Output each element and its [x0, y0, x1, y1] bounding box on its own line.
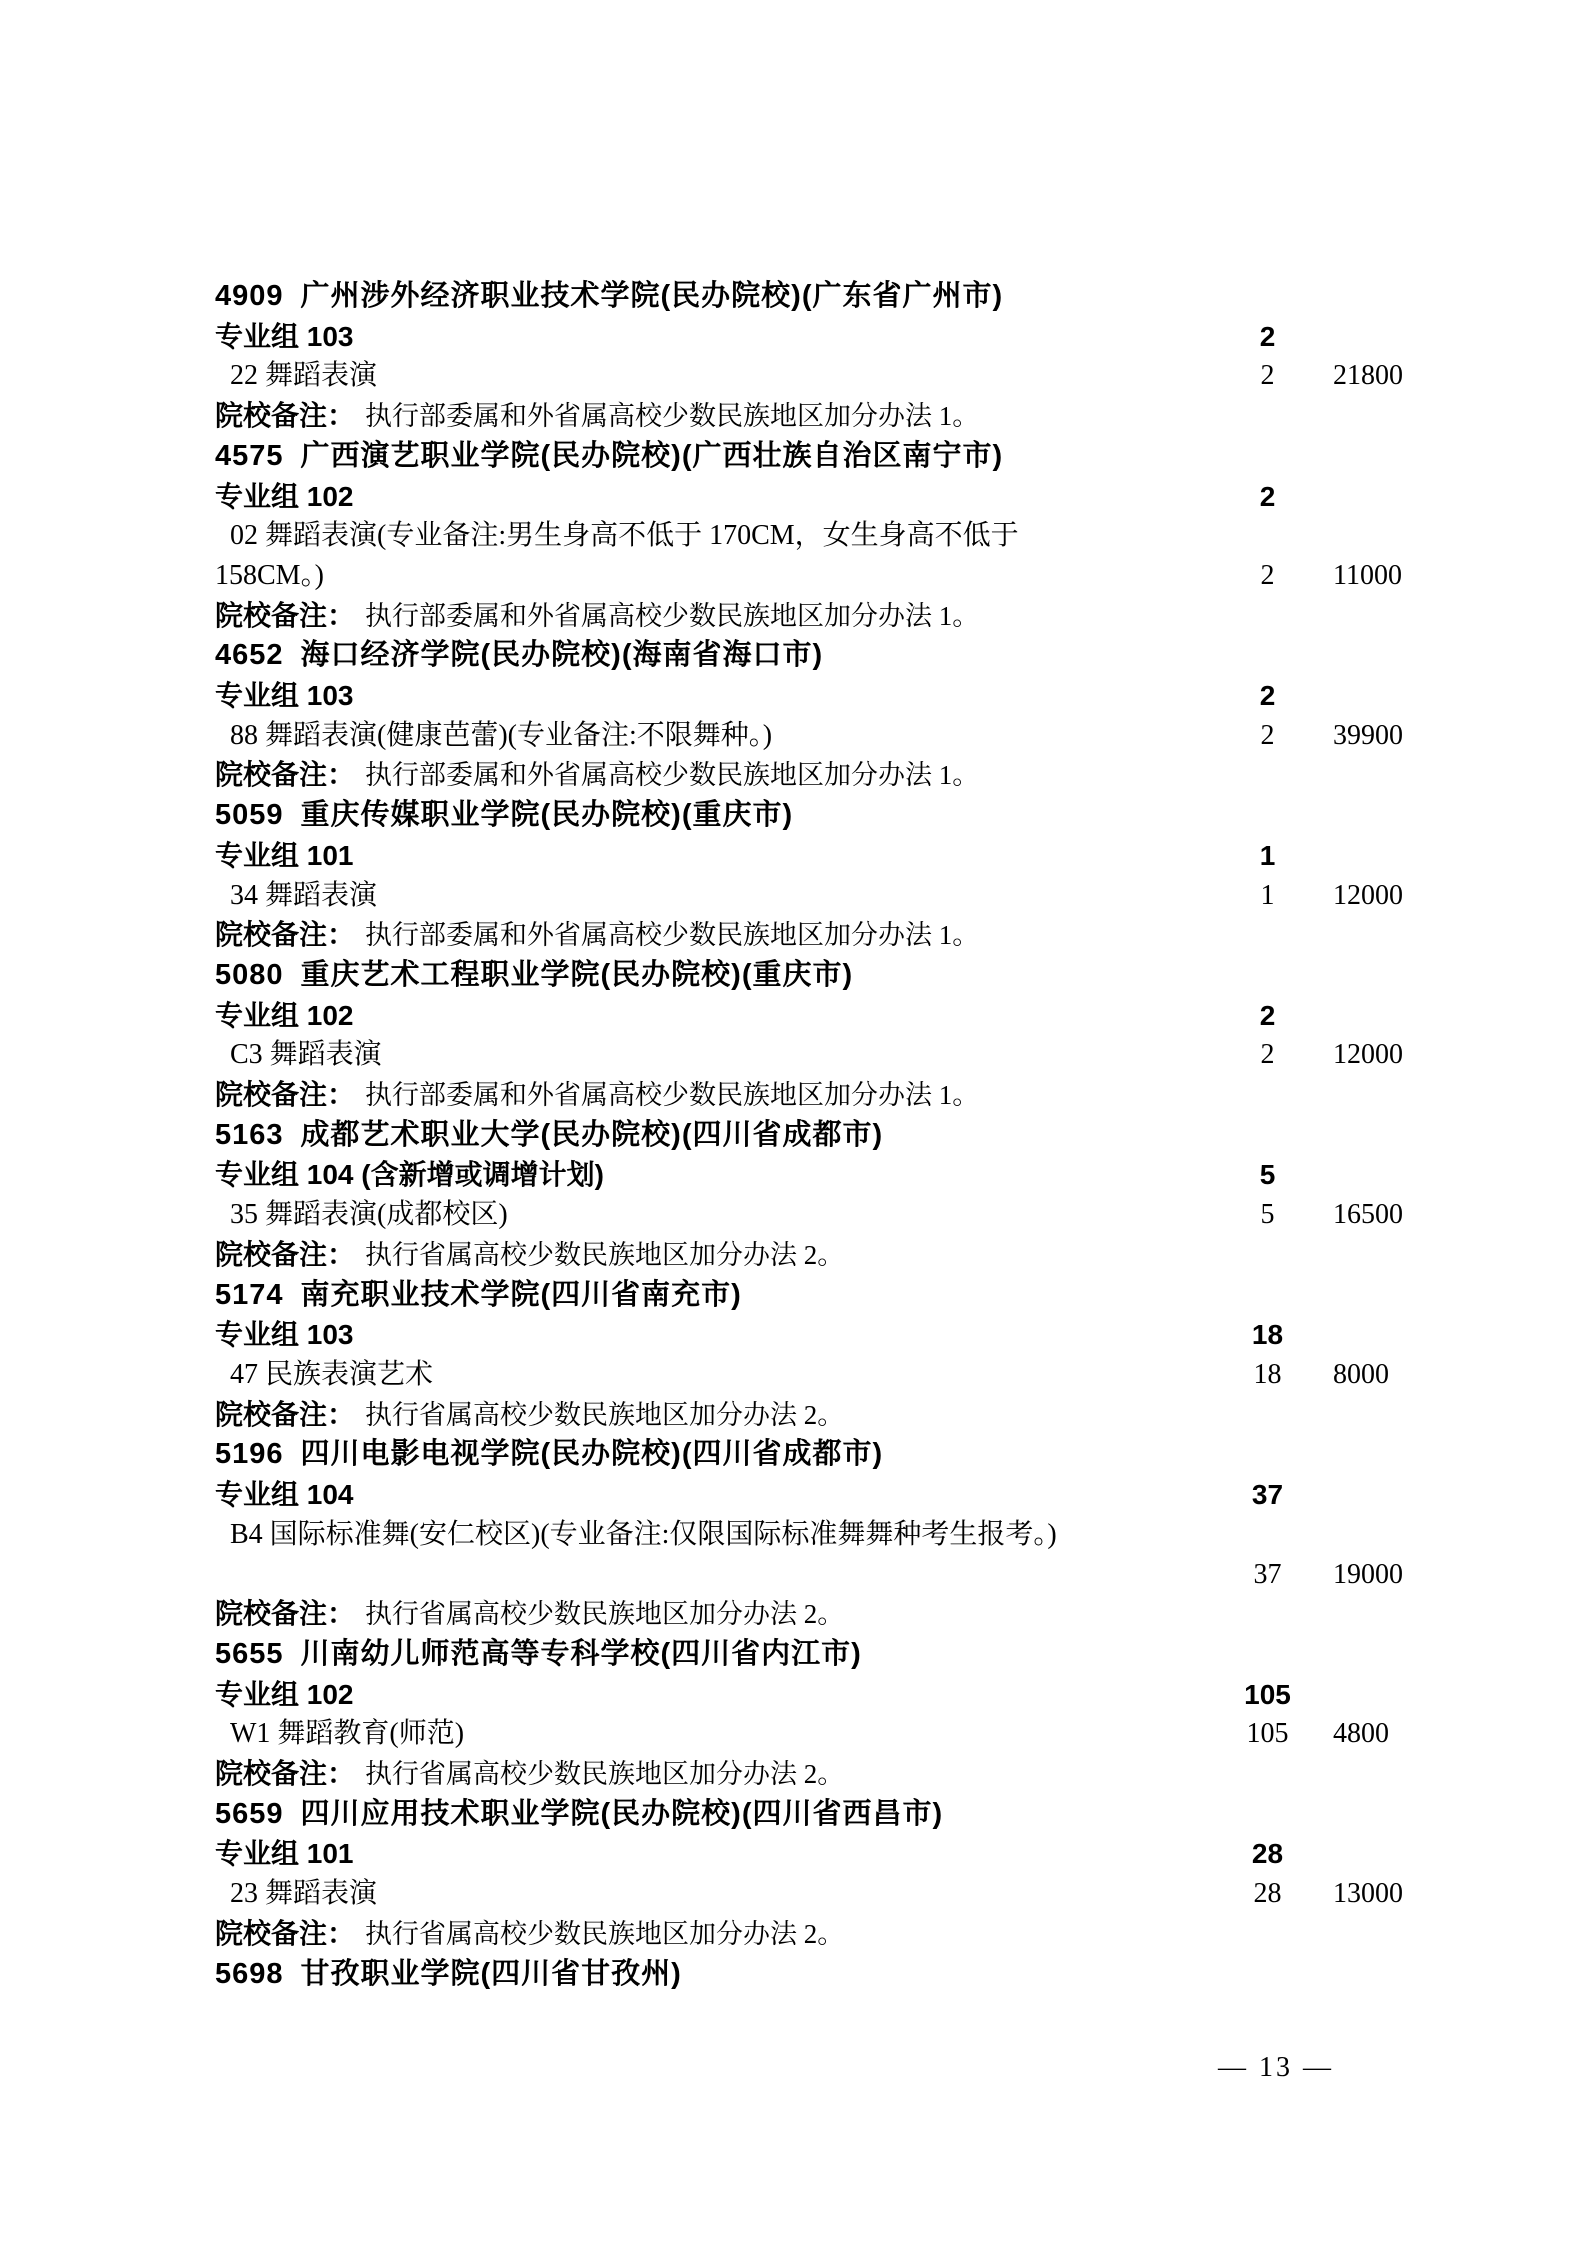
admission-entries-list: 4909广州涉外经济职业技术学院(民办院校)(广东省广州市)专业组 103222…: [215, 277, 1435, 1994]
school-remark-label: 院校备注：: [215, 596, 355, 636]
school-remark-text: 执行省属高校少数民族地区加分办法 2。: [365, 1755, 844, 1795]
major-group-plan-count: 28: [1205, 1834, 1330, 1874]
school-name: 南充职业技术学院(四川省南充市): [301, 1276, 742, 1316]
school-title-line: 5659四川应用技术职业学院(民办院校)(四川省西昌市): [215, 1795, 1435, 1835]
major-fee: 4800: [1330, 1714, 1435, 1754]
major-group-label: 专业组 102: [215, 996, 1205, 1036]
school-name: 广西演艺职业学院(民办院校)(广西壮族自治区南宁市): [301, 437, 1004, 477]
school-name: 广州涉外经济职业技术学院(民办院校)(广东省广州市): [301, 277, 1004, 317]
school-title-line: 5174南充职业技术学院(四川省南充市): [215, 1276, 1435, 1316]
major-line: 88 舞蹈表演(健康芭蕾)(专业备注:不限舞种。)239900: [215, 716, 1435, 756]
school-entry: 4909广州涉外经济职业技术学院(民办院校)(广东省广州市)专业组 103222…: [215, 277, 1435, 437]
school-remark-line: 院校备注：执行省属高校少数民族地区加分办法 2。: [215, 1594, 1435, 1635]
school-entry: 5659四川应用技术职业学院(民办院校)(四川省西昌市)专业组 1012823 …: [215, 1795, 1435, 1955]
school-code: 5196: [215, 1435, 284, 1475]
school-remark-line: 院校备注：执行部委属和外省属高校少数民族地区加分办法 1。: [215, 915, 1435, 956]
major-plan-count: 28: [1205, 1874, 1330, 1914]
major-name: W1 舞蹈教育(师范): [215, 1714, 1205, 1754]
major-plan-count: 2: [1205, 1035, 1330, 1075]
major-plan-count: 2: [1205, 356, 1330, 396]
school-name: 川南幼儿师范高等专科学校(四川省内江市): [301, 1635, 862, 1675]
major-plan-count: 2: [1205, 556, 1330, 596]
school-name: 四川电影电视学院(民办院校)(四川省成都市): [301, 1435, 884, 1475]
major-group-label: 专业组 103: [215, 1315, 1205, 1355]
major-plan-count: 1: [1205, 876, 1330, 916]
page-footer: — 13 —: [1218, 2048, 1334, 2088]
school-name: 四川应用技术职业学院(民办院校)(四川省西昌市): [301, 1795, 944, 1835]
school-name: 重庆传媒职业学院(民办院校)(重庆市): [301, 796, 794, 836]
major-fee: 39900: [1330, 716, 1435, 756]
major-group-plan-count: 2: [1205, 676, 1330, 716]
school-name: 重庆艺术工程职业学院(民办院校)(重庆市): [301, 956, 854, 996]
school-remark-label: 院校备注：: [215, 1235, 355, 1275]
school-title-line: 5196四川电影电视学院(民办院校)(四川省成都市): [215, 1435, 1435, 1475]
school-remark-text: 执行省属高校少数民族地区加分办法 2。: [365, 1595, 844, 1635]
major-group-label: 专业组 102: [215, 477, 1205, 517]
school-code: 5080: [215, 956, 284, 996]
major-group-line: 专业组 102105: [215, 1675, 1435, 1715]
major-group-plan-count: 105: [1205, 1675, 1330, 1715]
major-group-line: 专业组 1022: [215, 477, 1435, 517]
major-line: B4 国际标准舞(安仁校区)(专业备注:仅限国际标准舞舞种考生报考。): [215, 1515, 1435, 1555]
major-plan-count: 18: [1205, 1355, 1330, 1395]
major-group-plan-count: 18: [1205, 1315, 1330, 1355]
major-line: 34 舞蹈表演112000: [215, 876, 1435, 916]
school-remark-text: 执行部委属和外省属高校少数民族地区加分办法 1。: [365, 756, 979, 796]
school-remark-label: 院校备注：: [215, 1395, 355, 1435]
school-code: 5655: [215, 1635, 284, 1675]
major-fee: 19000: [1330, 1555, 1435, 1595]
major-name: C3 舞蹈表演: [215, 1035, 1205, 1075]
school-entry: 5080重庆艺术工程职业学院(民办院校)(重庆市)专业组 1022C3 舞蹈表演…: [215, 956, 1435, 1116]
school-remark-line: 院校备注：执行部委属和外省属高校少数民族地区加分办法 1。: [215, 755, 1435, 796]
school-remark-line: 院校备注：执行省属高校少数民族地区加分办法 2。: [215, 1754, 1435, 1795]
school-remark-label: 院校备注：: [215, 1594, 355, 1634]
major-group-line: 专业组 10437: [215, 1475, 1435, 1515]
school-remark-line: 院校备注：执行省属高校少数民族地区加分办法 2。: [215, 1914, 1435, 1955]
major-line: 02 舞蹈表演(专业备注:男生身高不低于 170CM，女生身高不低于: [215, 516, 1435, 556]
school-entry: 5196四川电影电视学院(民办院校)(四川省成都市)专业组 10437B4 国际…: [215, 1435, 1435, 1635]
major-name: 88 舞蹈表演(健康芭蕾)(专业备注:不限舞种。): [215, 716, 1205, 756]
school-entry: 5698甘孜职业学院(四川省甘孜州): [215, 1955, 1435, 1995]
school-entry: 4575广西演艺职业学院(民办院校)(广西壮族自治区南宁市)专业组 102202…: [215, 437, 1435, 637]
major-plan-count: 105: [1205, 1714, 1330, 1754]
major-line: 47 民族表演艺术188000: [215, 1355, 1435, 1395]
major-group-label: 专业组 102: [215, 1675, 1205, 1715]
major-line: W1 舞蹈教育(师范)1054800: [215, 1714, 1435, 1754]
school-remark-line: 院校备注：执行部委属和外省属高校少数民族地区加分办法 1。: [215, 396, 1435, 437]
school-title-line: 5698甘孜职业学院(四川省甘孜州): [215, 1955, 1435, 1995]
major-group-plan-count: 5: [1205, 1155, 1330, 1195]
major-name: B4 国际标准舞(安仁校区)(专业备注:仅限国际标准舞舞种考生报考。): [215, 1515, 1205, 1555]
major-group-line: 专业组 1032: [215, 676, 1435, 716]
major-group-line: 专业组 1022: [215, 996, 1435, 1036]
school-code: 5163: [215, 1116, 284, 1156]
school-remark-label: 院校备注：: [215, 396, 355, 436]
school-name: 甘孜职业学院(四川省甘孜州): [301, 1955, 682, 1995]
major-group-label: 专业组 104: [215, 1475, 1205, 1515]
major-fee: 13000: [1330, 1874, 1435, 1914]
school-remark-line: 院校备注：执行部委属和外省属高校少数民族地区加分办法 1。: [215, 1075, 1435, 1116]
school-name: 海口经济学院(民办院校)(海南省海口市): [301, 636, 824, 676]
school-title-line: 4575广西演艺职业学院(民办院校)(广西壮族自治区南宁市): [215, 437, 1435, 477]
school-code: 5059: [215, 796, 284, 836]
major-group-line: 专业组 1011: [215, 836, 1435, 876]
major-group-label: 专业组 101: [215, 836, 1205, 876]
major-fee: 8000: [1330, 1355, 1435, 1395]
major-fee: 16500: [1330, 1195, 1435, 1235]
major-name: 23 舞蹈表演: [215, 1874, 1205, 1914]
school-remark-line: 院校备注：执行省属高校少数民族地区加分办法 2。: [215, 1235, 1435, 1276]
school-entry: 5059重庆传媒职业学院(民办院校)(重庆市)专业组 101134 舞蹈表演11…: [215, 796, 1435, 956]
major-name: 47 民族表演艺术: [215, 1355, 1205, 1395]
school-remark-line: 院校备注：执行部委属和外省属高校少数民族地区加分办法 1。: [215, 596, 1435, 637]
major-fee: 21800: [1330, 356, 1435, 396]
major-plan-count: 2: [1205, 716, 1330, 756]
school-remark-label: 院校备注：: [215, 1754, 355, 1794]
page-number-label: — 13 —: [1218, 2052, 1334, 2083]
major-name: 34 舞蹈表演: [215, 876, 1205, 916]
school-code: 5698: [215, 1955, 284, 1995]
major-name: 35 舞蹈表演(成都校区): [215, 1195, 1205, 1235]
major-group-line: 专业组 10128: [215, 1834, 1435, 1874]
school-entry: 5163成都艺术职业大学(民办院校)(四川省成都市)专业组 104 (含新增或调…: [215, 1116, 1435, 1276]
major-name: 02 舞蹈表演(专业备注:男生身高不低于 170CM，女生身高不低于: [215, 516, 1205, 556]
major-group-plan-count: 37: [1205, 1475, 1330, 1515]
major-group-plan-count: 2: [1205, 477, 1330, 517]
major-group-line: 专业组 1032: [215, 317, 1435, 357]
major-name: 22 舞蹈表演: [215, 356, 1205, 396]
school-code: 4652: [215, 636, 284, 676]
major-plan-count: 37: [1205, 1555, 1330, 1595]
school-remark-text: 执行部委属和外省属高校少数民族地区加分办法 1。: [365, 1076, 979, 1116]
major-group-plan-count: 1: [1205, 836, 1330, 876]
school-remark-label: 院校备注：: [215, 915, 355, 955]
school-remark-label: 院校备注：: [215, 1075, 355, 1115]
document-page: 4909广州涉外经济职业技术学院(民办院校)(广东省广州市)专业组 103222…: [0, 0, 1587, 2245]
school-title-line: 4909广州涉外经济职业技术学院(民办院校)(广东省广州市): [215, 277, 1435, 317]
school-remark-text: 执行部委属和外省属高校少数民族地区加分办法 1。: [365, 597, 979, 637]
major-fee: 12000: [1330, 876, 1435, 916]
major-numbers-line: 3719000: [215, 1555, 1435, 1595]
school-entry: 5655川南幼儿师范高等专科学校(四川省内江市)专业组 102105W1 舞蹈教…: [215, 1635, 1435, 1795]
school-title-line: 5059重庆传媒职业学院(民办院校)(重庆市): [215, 796, 1435, 836]
school-title-line: 5163成都艺术职业大学(民办院校)(四川省成都市): [215, 1116, 1435, 1156]
school-entry: 4652海口经济学院(民办院校)(海南省海口市)专业组 103288 舞蹈表演(…: [215, 636, 1435, 796]
major-group-label: 专业组 103: [215, 317, 1205, 357]
school-code: 5174: [215, 1276, 284, 1316]
major-group-label: 专业组 101: [215, 1834, 1205, 1874]
school-code: 4575: [215, 437, 284, 477]
major-line: 35 舞蹈表演(成都校区)516500: [215, 1195, 1435, 1235]
school-remark-line: 院校备注：执行省属高校少数民族地区加分办法 2。: [215, 1395, 1435, 1436]
school-remark-text: 执行省属高校少数民族地区加分办法 2。: [365, 1236, 844, 1276]
school-name: 成都艺术职业大学(民办院校)(四川省成都市): [301, 1116, 884, 1156]
school-remark-label: 院校备注：: [215, 755, 355, 795]
school-title-line: 5655川南幼儿师范高等专科学校(四川省内江市): [215, 1635, 1435, 1675]
school-title-line: 4652海口经济学院(民办院校)(海南省海口市): [215, 636, 1435, 676]
major-line: 23 舞蹈表演2813000: [215, 1874, 1435, 1914]
major-group-plan-count: 2: [1205, 317, 1330, 357]
school-code: 5659: [215, 1795, 284, 1835]
major-line: 22 舞蹈表演221800: [215, 356, 1435, 396]
major-group-label: 专业组 104 (含新增或调增计划): [215, 1155, 1205, 1195]
major-fee: 12000: [1330, 1035, 1435, 1075]
major-line: 158CM。)211000: [215, 556, 1435, 596]
major-line: C3 舞蹈表演212000: [215, 1035, 1435, 1075]
major-fee: 11000: [1330, 556, 1435, 596]
school-title-line: 5080重庆艺术工程职业学院(民办院校)(重庆市): [215, 956, 1435, 996]
major-group-label: 专业组 103: [215, 676, 1205, 716]
major-group-plan-count: 2: [1205, 996, 1330, 1036]
major-plan-count: 5: [1205, 1195, 1330, 1235]
major-group-line: 专业组 104 (含新增或调增计划)5: [215, 1155, 1435, 1195]
school-remark-text: 执行部委属和外省属高校少数民族地区加分办法 1。: [365, 397, 979, 437]
major-group-line: 专业组 10318: [215, 1315, 1435, 1355]
school-remark-text: 执行省属高校少数民族地区加分办法 2。: [365, 1396, 844, 1436]
school-remark-text: 执行部委属和外省属高校少数民族地区加分办法 1。: [365, 916, 979, 956]
school-remark-label: 院校备注：: [215, 1914, 355, 1954]
major-name: 158CM。): [215, 556, 1205, 596]
school-code: 4909: [215, 277, 284, 317]
school-remark-text: 执行省属高校少数民族地区加分办法 2。: [365, 1915, 844, 1955]
school-entry: 5174南充职业技术学院(四川省南充市)专业组 1031847 民族表演艺术18…: [215, 1276, 1435, 1436]
